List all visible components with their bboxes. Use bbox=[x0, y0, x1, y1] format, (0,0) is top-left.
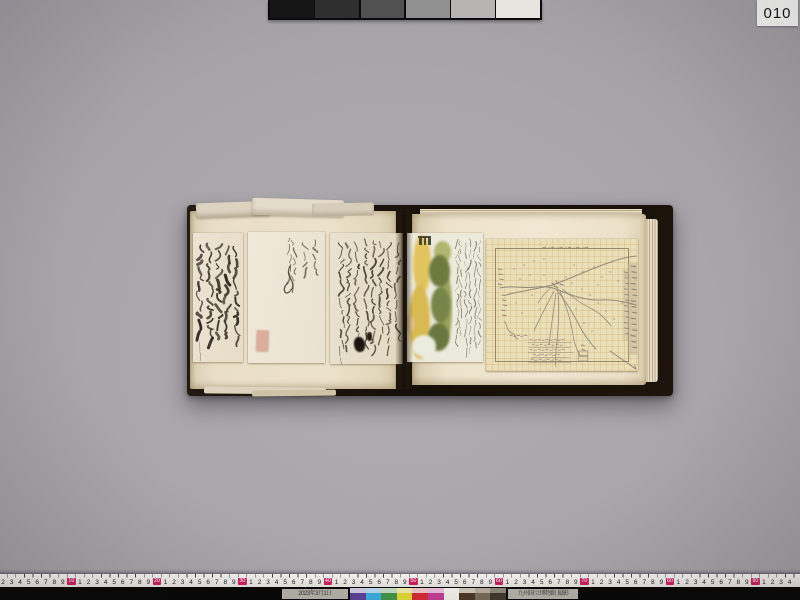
postcard-handwriting bbox=[453, 235, 483, 360]
ruler-number: 7 bbox=[728, 579, 732, 586]
date-label: 2023年3月1日 bbox=[282, 589, 348, 599]
ruler-number: 8 bbox=[52, 579, 56, 586]
ruler-number: 6 bbox=[292, 579, 296, 586]
ruler-number: 4 bbox=[104, 579, 108, 586]
ruler-ten-marker: 60 bbox=[495, 578, 503, 585]
ruler-number: 8 bbox=[651, 579, 655, 586]
ruler-number: 1 bbox=[335, 579, 339, 586]
ruler-number: 7 bbox=[215, 579, 219, 586]
ruler-number: 1 bbox=[762, 579, 766, 586]
ruler-number: 1 bbox=[249, 579, 253, 586]
ruler-number: 7 bbox=[300, 579, 304, 586]
ruler-number: 1 bbox=[506, 579, 510, 586]
ruler-number: 2 bbox=[87, 579, 91, 586]
ruler-number: 9 bbox=[318, 579, 322, 586]
ruler-number: 3 bbox=[694, 579, 698, 586]
ruler-number: 3 bbox=[437, 579, 441, 586]
archival-photograph: 010 bbox=[0, 0, 800, 600]
ruler-number: 3 bbox=[95, 579, 99, 586]
map-drawing bbox=[486, 239, 638, 371]
photo-number-label: 010 bbox=[757, 0, 798, 26]
ruler-number: 2 bbox=[514, 579, 518, 586]
ruler-number: 4 bbox=[360, 579, 364, 586]
grayscale-patch bbox=[496, 0, 540, 18]
ruler-number: 4 bbox=[531, 579, 535, 586]
museum-credit-label: 九州国立博物館 撮影 bbox=[508, 589, 578, 599]
calligraphy-card-2 bbox=[248, 232, 325, 363]
ruler-ten-marker: 80 bbox=[666, 578, 674, 585]
ruler-number: 9 bbox=[489, 579, 493, 586]
handwriting-ink bbox=[453, 235, 483, 360]
ruler-number: 2 bbox=[258, 579, 262, 586]
ruler-number: 7 bbox=[44, 579, 48, 586]
ruler-number: 7 bbox=[386, 579, 390, 586]
ruler-number: 5 bbox=[711, 579, 715, 586]
book-gutter-shadow bbox=[395, 209, 413, 389]
ruler-number: 2 bbox=[600, 579, 604, 586]
color-patch bbox=[444, 588, 460, 600]
color-patch bbox=[412, 588, 428, 600]
grayscale-patch bbox=[451, 0, 495, 18]
calligraphy-card-3 bbox=[330, 233, 403, 364]
painting-trees bbox=[429, 255, 450, 287]
crumpled-loose-page bbox=[312, 202, 374, 216]
grayscale-patch bbox=[406, 0, 450, 18]
ruler-number: 4 bbox=[617, 579, 621, 586]
ruler-number: 5 bbox=[369, 579, 373, 586]
painting-structure bbox=[424, 237, 427, 245]
ruler-number: 5 bbox=[283, 579, 287, 586]
ruler-number: 4 bbox=[275, 579, 279, 586]
color-patch bbox=[350, 588, 366, 600]
ruler-number: 6 bbox=[463, 579, 467, 586]
ruler-number: 6 bbox=[377, 579, 381, 586]
ruler-number: 2 bbox=[1, 579, 5, 586]
painting-structure bbox=[418, 236, 431, 238]
ruler-number: 3 bbox=[352, 579, 356, 586]
page-stack-right-edge bbox=[645, 219, 658, 382]
ruler-number: 3 bbox=[608, 579, 612, 586]
calligraphy-ink-1 bbox=[193, 233, 243, 362]
red-seal-stamp bbox=[256, 330, 270, 352]
ruler-number: 1 bbox=[591, 579, 595, 586]
ruler-number: 4 bbox=[189, 579, 193, 586]
ruler-number: 5 bbox=[454, 579, 458, 586]
ruler-number: 6 bbox=[121, 579, 125, 586]
ruler-number: 4 bbox=[446, 579, 450, 586]
ruler-ten-marker: 30 bbox=[238, 578, 246, 585]
ruler-number: 6 bbox=[719, 579, 723, 586]
painting-highlight bbox=[412, 335, 436, 357]
ruler-number: 1 bbox=[78, 579, 82, 586]
ruler-number: 2 bbox=[343, 579, 347, 586]
grayscale-patch bbox=[361, 0, 405, 18]
ruler-number: 7 bbox=[642, 579, 646, 586]
ruler-number: 1 bbox=[420, 579, 424, 586]
ruler-number: 5 bbox=[112, 579, 116, 586]
ruler-number: 6 bbox=[634, 579, 638, 586]
ruler-number: 8 bbox=[736, 579, 740, 586]
ruler-number: 7 bbox=[557, 579, 561, 586]
calligraphy-card-1 bbox=[193, 233, 243, 362]
ruler-number: 6 bbox=[35, 579, 39, 586]
ruler-number: 9 bbox=[147, 579, 151, 586]
ruler-number: 3 bbox=[523, 579, 527, 586]
ruler-number: 2 bbox=[429, 579, 433, 586]
ruler-ten-marker: 20 bbox=[153, 578, 161, 585]
ruler-number: 6 bbox=[206, 579, 210, 586]
photo-number-text: 010 bbox=[763, 5, 791, 22]
ruler-number: 8 bbox=[565, 579, 569, 586]
hand-drawn-map-sheet bbox=[486, 239, 638, 371]
color-patch bbox=[428, 588, 444, 600]
ruler-number: 5 bbox=[27, 579, 31, 586]
color-calibration-bar bbox=[350, 588, 506, 600]
ruler-number: 5 bbox=[540, 579, 544, 586]
ruler-number: 8 bbox=[309, 579, 313, 586]
watercolor-painting bbox=[407, 233, 453, 362]
color-patch bbox=[490, 588, 506, 600]
ruler-ten-marker: 50 bbox=[409, 578, 417, 585]
grayscale-patch bbox=[315, 0, 359, 18]
ruler-ten-marker: 70 bbox=[580, 578, 588, 585]
ruler-number: 9 bbox=[574, 579, 578, 586]
ruler-number: 8 bbox=[138, 579, 142, 586]
color-patch bbox=[397, 588, 413, 600]
ruler-number: 3 bbox=[266, 579, 270, 586]
color-patch bbox=[366, 588, 382, 600]
grayscale-calibration-bar bbox=[268, 0, 542, 20]
color-patch bbox=[459, 588, 475, 600]
ruler-number: 3 bbox=[779, 579, 783, 586]
ruler-ten-marker: 40 bbox=[324, 578, 332, 585]
caption-strip: 2023年3月1日 九州国立博物館 撮影 bbox=[0, 587, 800, 600]
grayscale-patch bbox=[270, 0, 314, 18]
ruler-number: 9 bbox=[745, 579, 749, 586]
ruler-number: 5 bbox=[625, 579, 629, 586]
color-patch bbox=[475, 588, 491, 600]
ruler-number: 2 bbox=[771, 579, 775, 586]
ruler-number: 8 bbox=[394, 579, 398, 586]
ruler-number: 9 bbox=[61, 579, 65, 586]
ruler-scale: 2345678910123456789201234567893012345678… bbox=[0, 574, 800, 587]
ruler-number: 5 bbox=[198, 579, 202, 586]
ruler-number: 2 bbox=[172, 579, 176, 586]
ruler-number: 2 bbox=[685, 579, 689, 586]
ruler-number: 4 bbox=[18, 579, 22, 586]
ruler-number: 6 bbox=[548, 579, 552, 586]
ruler-number: 1 bbox=[164, 579, 168, 586]
landscape-postcard bbox=[407, 233, 483, 362]
ruler-number: 3 bbox=[181, 579, 185, 586]
ruler-number: 7 bbox=[129, 579, 133, 586]
ruler-number: 9 bbox=[232, 579, 236, 586]
ruler-ten-marker: 10 bbox=[67, 578, 75, 585]
ruler-number: 4 bbox=[702, 579, 706, 586]
ink-blot-small bbox=[367, 332, 372, 341]
ruler-number: 8 bbox=[223, 579, 227, 586]
ruler-number: 7 bbox=[471, 579, 475, 586]
ruler-number: 1 bbox=[677, 579, 681, 586]
color-patch bbox=[381, 588, 397, 600]
ruler-ten-marker: 90 bbox=[751, 578, 759, 585]
ruler-number: 8 bbox=[480, 579, 484, 586]
ruler-number: 9 bbox=[403, 579, 407, 586]
calligraphy-ink-3 bbox=[330, 233, 403, 364]
ruler-number: 9 bbox=[660, 579, 664, 586]
ruler-number: 4 bbox=[788, 579, 792, 586]
loose-page-edge bbox=[252, 390, 336, 397]
painting-trees bbox=[431, 287, 450, 323]
ruler-number: 3 bbox=[10, 579, 14, 586]
